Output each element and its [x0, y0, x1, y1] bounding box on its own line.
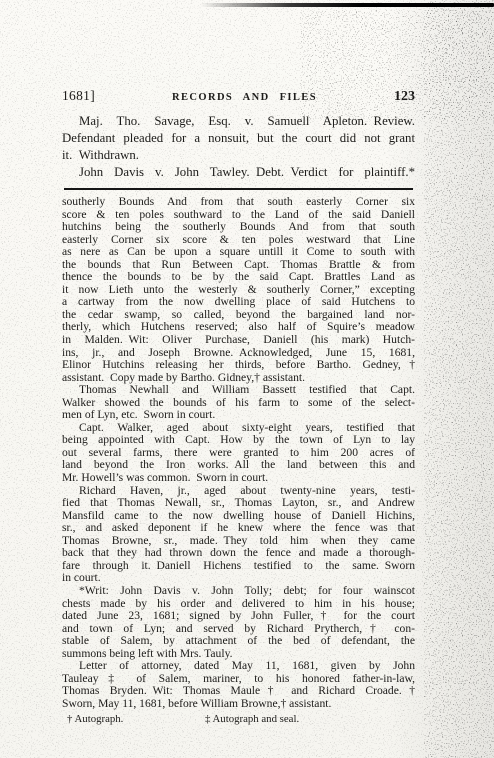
paragraph: Letter of attorney, dated May 11, 1681, … — [62, 660, 415, 710]
text-line: as nere as Can be upon a square untill i… — [62, 246, 415, 259]
paragraph: John Davis v. John Tawley. Debt. Verdict… — [62, 164, 415, 181]
text-line: sr., and asked deponent if he knew where… — [62, 522, 415, 535]
text-line: fied that Thomas Newall, sr., Thomas Lay… — [62, 497, 415, 510]
text-line: dated June 23, 1681; signed by John Full… — [62, 610, 415, 623]
text-line: stable of Salem, by attachment of the be… — [62, 635, 415, 648]
main-text-block: Maj. Tho. Savage, Esq. v. Samuell Apleto… — [62, 113, 415, 181]
text-line: Mr. Howell’s was common. Sworn in court. — [62, 472, 415, 485]
text-line: in Malden. Wit: Oliver Purchase, Daniell… — [62, 334, 415, 347]
footnote-legend: † Autograph. ‡ Autograph and seal. — [62, 713, 415, 725]
paragraph: Thomas Newhall and William Bassett testi… — [62, 384, 415, 422]
text-line: men of Lyn, etc. Sworn in court. — [62, 409, 415, 422]
text-line: Maj. Tho. Savage, Esq. v. Samuell Apleto… — [62, 113, 415, 130]
text-line: Thomas Bryden. Wit: Thomas Maule† and Ri… — [62, 685, 415, 698]
header-page-number: 123 — [394, 89, 415, 105]
page-header: 1681] RECORDS AND FILES 123 — [62, 88, 415, 105]
footnote-divider-rule — [64, 188, 413, 190]
text-line: Letter of attorney, dated May 11, 1681, … — [62, 660, 415, 673]
footnote-text-block: southerly Bounds And from that south eas… — [62, 196, 415, 710]
text-line: fare through it. Daniell Hichens testifi… — [62, 560, 415, 573]
text-line: Elinor Hutchins releasing her thirds, be… — [62, 359, 415, 372]
paragraph: *Writ: John Davis v. John Tolly; debt; f… — [62, 585, 415, 660]
book-page: 1681] RECORDS AND FILES 123 Maj. Tho. Sa… — [0, 0, 494, 758]
text-line: thence the bounds to be by the said Capt… — [62, 271, 415, 284]
text-line: Defendant pleaded for a nonsuit, but the… — [62, 130, 415, 147]
legend-autograph: † Autograph. — [67, 713, 123, 725]
header-year: 1681] — [62, 88, 95, 104]
paragraph: Maj. Tho. Savage, Esq. v. Samuell Apleto… — [62, 113, 415, 164]
paragraph: southerly Bounds And from that south eas… — [62, 196, 415, 384]
text-line: back that they had thrown down the fence… — [62, 547, 415, 560]
text-line: Sworn, May 11, 1681, before William Brow… — [62, 698, 415, 711]
paragraph: Capt. Walker, aged about sixty-eight yea… — [62, 422, 415, 485]
scan-edge-artifact-line — [200, 3, 494, 7]
text-line: John Davis v. John Tawley. Debt. Verdict… — [62, 164, 415, 181]
text-line: hutchins being the southerly Bounds And … — [62, 221, 415, 234]
legend-autograph-and-seal: ‡ Autograph and seal. — [205, 713, 299, 725]
text-line: southerly Bounds And from that south eas… — [62, 196, 415, 209]
header-title: RECORDS AND FILES — [172, 92, 317, 103]
text-line: *Writ: John Davis v. John Tolly; debt; f… — [62, 585, 415, 598]
paragraph: Richard Haven, jr., aged about twenty-ni… — [62, 485, 415, 585]
text-line: it. Withdrawn. — [62, 147, 415, 164]
text-line: Thomas Newhall and William Bassett testi… — [62, 384, 415, 397]
